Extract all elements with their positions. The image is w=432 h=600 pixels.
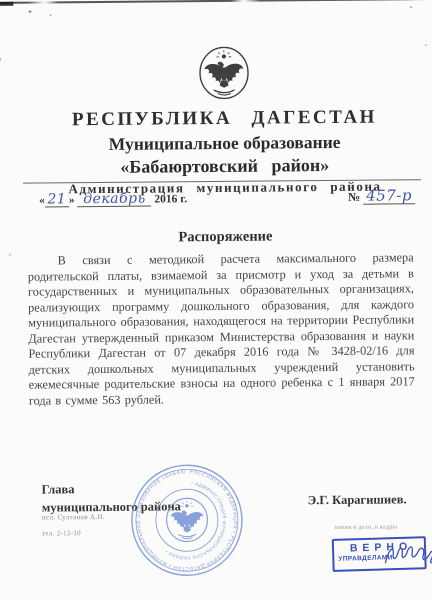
official-round-seal: РОССИЙСКАЯ ФЕДЕРАЦИЯ • РЕСПУБЛИКА ДАГЕСТ… [127, 461, 246, 580]
dagestan-eagle-icon [198, 44, 250, 100]
document-body-paragraph: В связи с методикой расчета максимальног… [28, 250, 415, 408]
date-close-quote: » [69, 194, 75, 206]
executor-note: исп. Султанов А.Н. [42, 513, 105, 522]
executor-phone: тел. 2-12-10 [42, 529, 81, 537]
handwritten-month: декабрь [77, 192, 151, 208]
scanned-document: РЕСПУБЛИКА ДАГЕСТАН Муниципальное образо… [0, 0, 432, 600]
letterhead-republic: РЕСПУБЛИКА ДАГЕСТАН [20, 106, 428, 132]
letterhead-municipal: Муниципальное образование [21, 131, 429, 156]
verno-stamp: ВЕРНО УПРАВДЕЛАМИ [332, 536, 427, 572]
scan-speck [0, 58, 1, 61]
handwritten-signature-icon [382, 541, 432, 575]
meta-row: «21» декабрь 2016 г. № 457-р [39, 188, 415, 207]
scan-speck [9, 254, 12, 256]
scan-speck [409, 6, 412, 8]
number-sign: № [348, 190, 360, 204]
date-field: «21» декабрь 2016 г. [39, 191, 187, 207]
signer-name: Э.Г. Карагишиев. [308, 492, 407, 508]
scan-speck [28, 11, 31, 13]
scan-speck [50, 14, 52, 16]
letterhead: РЕСПУБЛИКА ДАГЕСТАН Муниципальное образо… [20, 42, 429, 198]
document-title: Распоряжение [21, 227, 429, 248]
scan-edge-artifact [0, 0, 429, 4]
handwritten-day: 21 [45, 192, 69, 207]
handwritten-number: 457-р [363, 188, 415, 204]
letterhead-district: «Бабаюртовский район» [21, 154, 429, 179]
date-year: 2016 г. [154, 193, 187, 205]
copy-note: копия в дело, в кадры [335, 523, 397, 531]
number-field: № 457-р [348, 188, 415, 205]
seal-eagle-icon [166, 498, 207, 542]
scan-corner-artifact [0, 2, 13, 6]
